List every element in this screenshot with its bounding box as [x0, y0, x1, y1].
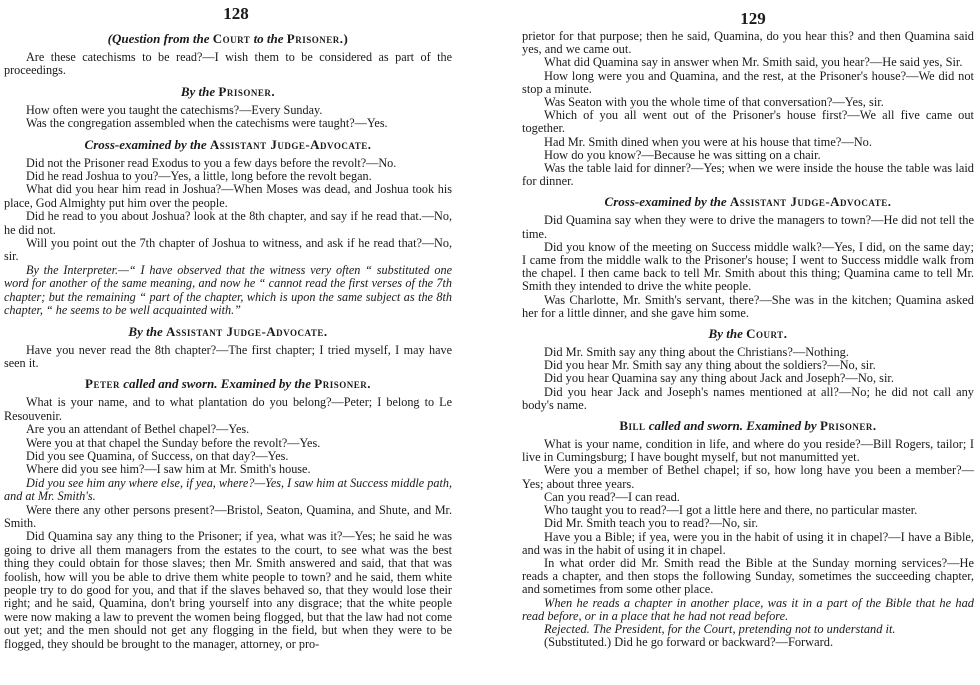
section-heading: By the Assistant Judge-Advocate. — [4, 324, 452, 340]
right-page: 129 prietor for that purpose; then he sa… — [522, 0, 974, 649]
testimony-paragraph: Which of you all went out of the Prisone… — [522, 109, 974, 135]
testimony-paragraph: What did Quamina say in answer when Mr. … — [522, 56, 974, 69]
heading-text: . — [368, 137, 372, 152]
testimony-paragraph: Did you see Quamina, of Success, on that… — [4, 450, 452, 463]
testimony-paragraph: What did you hear him read in Joshua?—Wh… — [4, 183, 452, 210]
testimony-paragraph: (Substituted.) Did he go forward or back… — [522, 636, 974, 649]
testimony-paragraph: Did you see him any where else, if yea, … — [4, 477, 452, 504]
heading-smallcaps: Court — [746, 326, 784, 341]
heading-text: called and sworn. Examined by the — [120, 376, 314, 391]
witness-heading: Peter called and sworn. Examined by the … — [4, 376, 452, 392]
page-number: 129 — [532, 8, 974, 30]
page-body: prietor for that purpose; then he said, … — [522, 30, 974, 649]
section-heading: By the Prisoner. — [4, 84, 452, 100]
heading-smallcaps: Prisoner — [287, 31, 340, 46]
page-body: (Question from the Court to the Prisoner… — [4, 31, 452, 651]
testimony-paragraph: How often were you taught the catechisms… — [4, 104, 452, 117]
testimony-paragraph: Were there any other persons present?—Br… — [4, 504, 452, 531]
testimony-paragraph: Are you an attendant of Bethel chapel?—Y… — [4, 423, 452, 436]
heading-text: called and sworn. Examined by — [646, 418, 820, 433]
testimony-paragraph: Did you hear Quamina say any thing about… — [522, 372, 974, 385]
testimony-paragraph: Had Mr. Smith dined when you were at his… — [522, 136, 974, 149]
heading-smallcaps: Prisoner — [218, 84, 271, 99]
testimony-paragraph: In what order did Mr. Smith read the Bib… — [522, 557, 974, 597]
section-heading: By the Court. — [522, 326, 974, 342]
heading-smallcaps: Court — [213, 31, 251, 46]
testimony-paragraph: Are these catechisms to be read?—I wish … — [4, 51, 452, 78]
testimony-paragraph: Were you a member of Bethel chapel; if s… — [522, 464, 974, 490]
interpreter-quote: By the Interpreter.—“ I have observed th… — [4, 264, 452, 318]
testimony-paragraph: Was Charlotte, Mr. Smith's servant, ther… — [522, 294, 974, 320]
testimony-paragraph: Did he read Joshua to you?—Yes, a little… — [4, 170, 452, 183]
page-number: 128 — [20, 3, 452, 25]
testimony-paragraph: Did you hear Jack and Joseph's names men… — [522, 386, 974, 412]
section-heading: (Question from the Court to the Prisoner… — [4, 31, 452, 47]
heading-text: By the — [709, 326, 747, 341]
heading-smallcaps: Assistant Judge-Advocate — [210, 137, 368, 152]
witness-name: Bill — [619, 418, 645, 433]
testimony-paragraph: Did Mr. Smith teach you to read?—No, sir… — [522, 517, 974, 530]
testimony-paragraph: Did Quamina say any thing to the Prisone… — [4, 530, 452, 651]
heading-smallcaps: Prisoner — [314, 376, 367, 391]
heading-smallcaps: Assistant Judge-Advocate — [166, 324, 324, 339]
testimony-paragraph: Have you a Bible; if yea, were you in th… — [522, 531, 974, 557]
testimony-paragraph: Was the congregation assembled when the … — [4, 117, 452, 130]
testimony-paragraph: Did not the Prisoner read Exodus to you … — [4, 157, 452, 170]
testimony-paragraph: Will you point out the 7th chapter of Jo… — [4, 237, 452, 264]
testimony-paragraph: Did you know of the meeting on Success m… — [522, 241, 974, 294]
testimony-paragraph: Were you at that chapel the Sunday befor… — [4, 437, 452, 450]
testimony-paragraph: What is your name, condition in life, an… — [522, 438, 974, 464]
testimony-paragraph: Did Quamina say when they were to drive … — [522, 214, 974, 240]
heading-smallcaps: Prisoner — [820, 418, 873, 433]
heading-text: Cross-examined by the — [605, 194, 730, 209]
heading-text: . — [784, 326, 788, 341]
testimony-paragraph: Have you never read the 8th chapter?—The… — [4, 344, 452, 371]
heading-text: . — [271, 84, 275, 99]
heading-text: . — [888, 194, 892, 209]
heading-text: (Question from the — [108, 31, 213, 46]
testimony-paragraph: How long were you and Quamina, and the r… — [522, 70, 974, 96]
heading-text: Cross-examined by the — [85, 137, 210, 152]
testimony-paragraph: When he reads a chapter in another place… — [522, 597, 974, 623]
heading-text: .) — [340, 31, 349, 46]
witness-name: Peter — [85, 376, 120, 391]
left-page: 128 (Question from the Court to the Pris… — [4, 0, 452, 651]
heading-smallcaps: Assistant Judge-Advocate — [730, 194, 888, 209]
testimony-paragraph: prietor for that purpose; then he said, … — [522, 30, 974, 56]
heading-text: . — [324, 324, 328, 339]
heading-text: to the — [250, 31, 286, 46]
testimony-paragraph: Was the table laid for dinner?—Yes; when… — [522, 162, 974, 188]
testimony-paragraph: Where did you see him?—I saw him at Mr. … — [4, 463, 452, 476]
heading-text: . — [873, 418, 877, 433]
heading-text: By the — [128, 324, 166, 339]
heading-text: By the — [181, 84, 219, 99]
heading-text: . — [367, 376, 371, 391]
section-heading: Cross-examined by the Assistant Judge-Ad… — [522, 194, 974, 210]
witness-heading: Bill called and sworn. Examined by Priso… — [522, 418, 974, 434]
testimony-paragraph: Did he read to you about Joshua? look at… — [4, 210, 452, 237]
testimony-paragraph: What is your name, and to what plantatio… — [4, 396, 452, 423]
section-heading: Cross-examined by the Assistant Judge-Ad… — [4, 137, 452, 153]
